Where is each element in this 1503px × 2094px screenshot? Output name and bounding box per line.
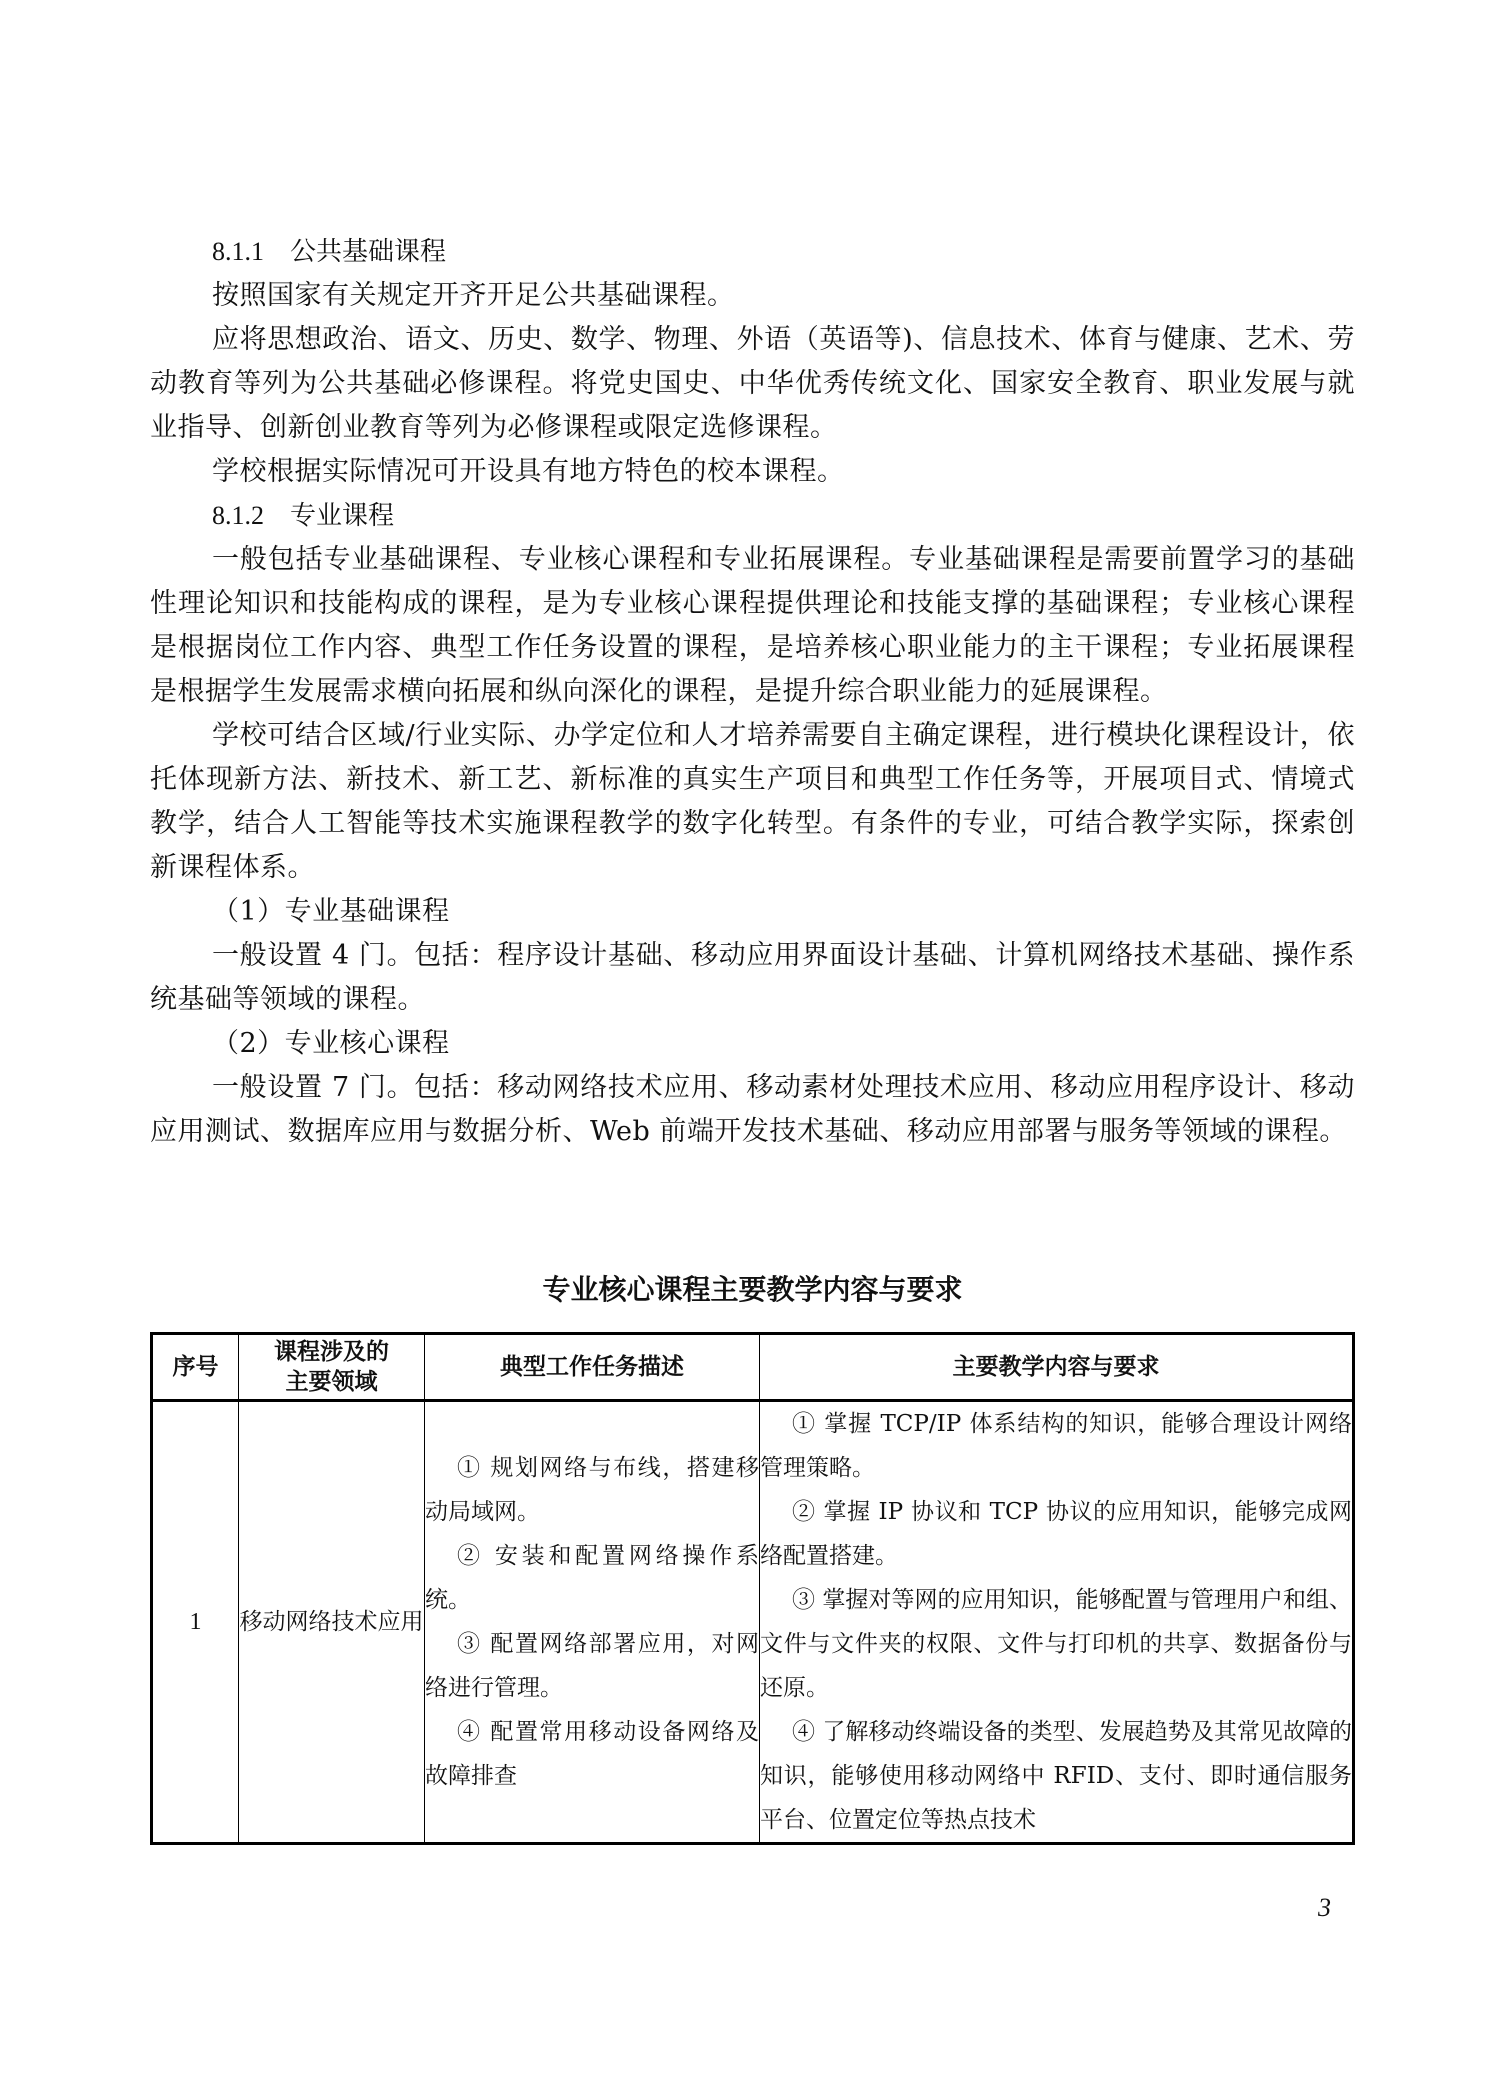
table-caption: 专业核心课程主要教学内容与要求 [150, 1270, 1355, 1310]
page-number: 3 [1318, 1893, 1331, 1923]
header-no: 序号 [152, 1334, 239, 1401]
task-item: ② 安装和配置网络操作系统。 [425, 1534, 759, 1622]
requirement-item: ② 掌握 IP 协议和 TCP 协议的应用知识，能够完成网络配置搭建。 [760, 1490, 1352, 1578]
requirement-item: ① 掌握 TCP/IP 体系结构的知识，能够合理设计网络管理策略。 [760, 1402, 1352, 1490]
header-tasks: 典型工作任务描述 [425, 1334, 760, 1401]
cell-no: 1 [152, 1401, 239, 1844]
header-area: 课程涉及的 主要领域 [239, 1334, 425, 1401]
task-item: ③ 配置网络部署应用，对网络进行管理。 [425, 1622, 759, 1710]
table-header-row: 序号 课程涉及的 主要领域 典型工作任务描述 主要教学内容与要求 [152, 1334, 1354, 1401]
core-course-table: 序号 课程涉及的 主要领域 典型工作任务描述 主要教学内容与要求 1 移动网络技… [150, 1332, 1355, 1845]
requirement-item: ④ 了解移动终端设备的类型、发展趋势及其常见故障的知识，能够使用移动网络中 RF… [760, 1710, 1352, 1842]
section-heading-8-1-2: 8.1.2专业课程 [150, 494, 1355, 538]
header-requirements: 主要教学内容与要求 [760, 1334, 1354, 1401]
table-row: 1 移动网络技术应用 ① 规划网络与布线，搭建移动局域网。 ② 安装和配置网络操… [152, 1401, 1354, 1844]
paragraph: 学校可结合区域/行业实际、办学定位和人才培养需要自主确定课程，进行模块化课程设计… [150, 714, 1355, 890]
paragraph: 按照国家有关规定开齐开足公共基础课程。 [150, 274, 1355, 318]
paragraph: 一般设置 4 门。包括：程序设计基础、移动应用界面设计基础、计算机网络技术基础、… [150, 934, 1355, 1022]
cell-area: 移动网络技术应用 [239, 1401, 425, 1844]
document-body: 8.1.1公共基础课程 按照国家有关规定开齐开足公共基础课程。 应将思想政治、语… [150, 230, 1355, 1154]
subheading-core-courses: （2）专业核心课程 [150, 1022, 1355, 1066]
paragraph: 一般包括专业基础课程、专业核心课程和专业拓展课程。专业基础课程是需要前置学习的基… [150, 538, 1355, 714]
task-item: ① 规划网络与布线，搭建移动局域网。 [425, 1446, 759, 1534]
cell-requirements: ① 掌握 TCP/IP 体系结构的知识，能够合理设计网络管理策略。 ② 掌握 I… [760, 1401, 1354, 1844]
subheading-basic-courses: （1）专业基础课程 [150, 890, 1355, 934]
task-item: ④ 配置常用移动设备网络及故障排查 [425, 1710, 759, 1798]
cell-tasks: ① 规划网络与布线，搭建移动局域网。 ② 安装和配置网络操作系统。 ③ 配置网络… [425, 1401, 760, 1844]
section-heading-8-1-1: 8.1.1公共基础课程 [150, 230, 1355, 274]
paragraph: 应将思想政治、语文、历史、数学、物理、外语（英语等)、信息技术、体育与健康、艺术… [150, 318, 1355, 450]
paragraph: 学校根据实际情况可开设具有地方特色的校本课程。 [150, 450, 1355, 494]
requirement-item: ③ 掌握对等网的应用知识，能够配置与管理用户和组、文件与文件夹的权限、文件与打印… [760, 1578, 1352, 1710]
paragraph: 一般设置 7 门。包括：移动网络技术应用、移动素材处理技术应用、移动应用程序设计… [150, 1066, 1355, 1154]
